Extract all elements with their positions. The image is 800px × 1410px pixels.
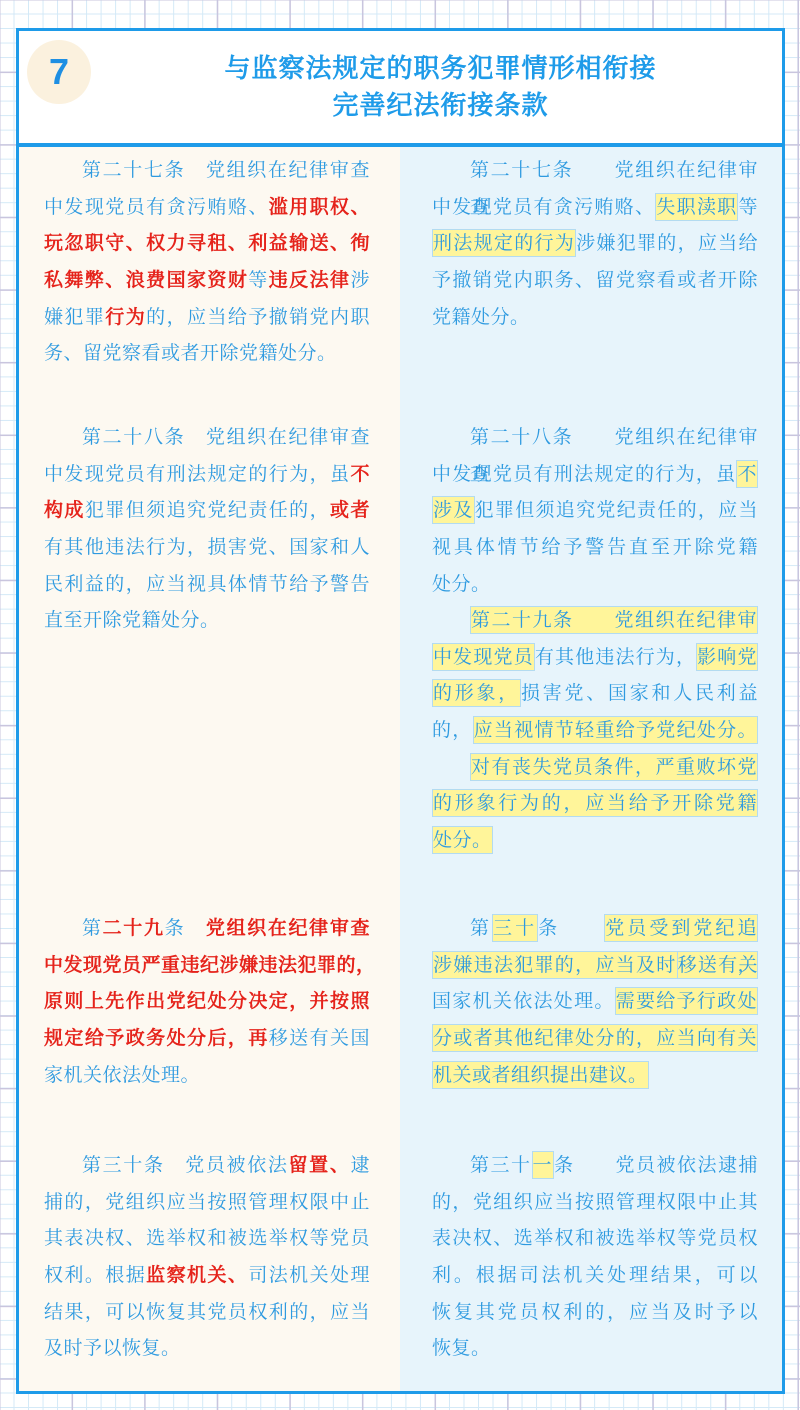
new-article-29: 第二十九条 党组织在纪律审查中发现党员有其他违法行为，影响党的形象，损害党、国家… bbox=[432, 602, 758, 859]
new-article-30: 第三十条 党员受到党纪追究，涉嫌违法犯罪的，应当及时移送有关国家机关依法处理。需… bbox=[432, 910, 758, 1093]
text-line: 国家机关依法处理。需要给予行政处 bbox=[432, 983, 758, 1020]
title-line-1: 与监察法规定的职务犯罪情形相衔接 bbox=[99, 51, 782, 88]
clause-text: 的，党组织应当按照管理权限中止其 bbox=[432, 1191, 758, 1213]
page-title: 与监察法规定的职务犯罪情形相衔接 完善纪法衔接条款 bbox=[99, 51, 782, 125]
clause-text: 其表决权、选举权和被选举权等党员 bbox=[44, 1227, 370, 1249]
text-line: 中发现党员有其他违法行为，影响党 bbox=[432, 639, 758, 676]
highlighted-change: 应当视情节轻重给予党纪处分。 bbox=[473, 716, 758, 744]
clause-text: 有其他违法行为， bbox=[535, 646, 696, 668]
clause-text: 视具体情节给予警告直至开除党籍 bbox=[432, 536, 758, 558]
text-line: 中发现党员严重违纪涉嫌违法犯罪的， bbox=[44, 947, 370, 984]
section-number-badge: 7 bbox=[27, 40, 91, 104]
text-line: 结果，可以恢复其党员权利的，应当 bbox=[44, 1294, 370, 1331]
emphasis-text: 原则上先作出党纪处分决定，并按照 bbox=[44, 990, 370, 1012]
text-line: 第二十七条 党组织在纪律审查 bbox=[432, 152, 758, 189]
clause-text: 第 bbox=[470, 917, 492, 939]
clause-text: 国家机关依法处理。 bbox=[432, 990, 615, 1012]
text-line: 第三十条 党员受到党纪追究， bbox=[432, 910, 758, 947]
new-article-31: 第三十一条 党员被依法逮捕的，党组织应当按照管理权限中止其表决权、选举权和被选举… bbox=[432, 1147, 758, 1367]
text-line: 有其他违法行为，损害党、国家和人 bbox=[44, 529, 370, 566]
text-line: 涉及犯罪但须追究党纪责任的，应当 bbox=[432, 492, 758, 529]
emphasis-text: 或者 bbox=[330, 499, 370, 521]
clause-text: 逮 bbox=[350, 1154, 370, 1176]
clause-text: 条 bbox=[165, 917, 206, 939]
clause-text: 损害党、国家和人民利益 bbox=[521, 682, 758, 704]
text-line: 处分。 bbox=[432, 822, 758, 859]
emphasis-text: 滥用职权、 bbox=[269, 196, 370, 218]
clause-text: 第二十八条 党组织在纪律审查 bbox=[82, 426, 370, 448]
clause-text: 嫌犯罪 bbox=[44, 306, 105, 328]
highlighted-change: 三十 bbox=[492, 914, 538, 942]
text-line: 的，应当视情节轻重给予党纪处分。 bbox=[432, 712, 758, 749]
text-line: 第二十九条 党组织在纪律审查 bbox=[432, 602, 758, 639]
highlighted-change: 影响党 bbox=[696, 643, 758, 671]
emphasis-text: 私舞弊、浪费国家资财 bbox=[44, 269, 248, 291]
old-article-27: 第二十七条 党组织在纪律审查中发现党员有贪污贿赂、滥用职权、玩忽职守、权力寻租、… bbox=[44, 152, 370, 372]
text-line: 其表决权、选举权和被选举权等党员 bbox=[44, 1220, 370, 1257]
new-article-27: 第二十七条 党组织在纪律审查中发现党员有贪污贿赂、失职渎职等刑法规定的行为涉嫌犯… bbox=[432, 152, 758, 335]
highlighted-change: 涉嫌违法犯罪的，应当及时 bbox=[432, 951, 678, 979]
text-line: 中发现党员有刑法规定的行为，虽不 bbox=[432, 456, 758, 493]
highlighted-change: 机关或者组织提出建议。 bbox=[432, 1061, 649, 1089]
text-line: 恢复其党员权利的，应当及时予以 bbox=[432, 1294, 758, 1331]
text-line: 务、留党察看或者开除党籍处分。 bbox=[44, 335, 370, 372]
clause-text: 家机关依法处理。 bbox=[44, 1064, 200, 1086]
text-line: 涉嫌违法犯罪的，应当及时移送有关 bbox=[432, 947, 758, 984]
highlighted-change: 的形象行为的，应当给予开除党籍 bbox=[432, 789, 758, 817]
text-line: 私舞弊、浪费国家资财等违反法律涉 bbox=[44, 262, 370, 299]
clause-text: 中发现党员有贪污贿赂、 bbox=[432, 196, 655, 218]
clause-text: 利。根据司法机关处理结果，可以 bbox=[432, 1264, 758, 1286]
title-line-2: 完善纪法衔接条款 bbox=[99, 88, 782, 125]
page-header: 7 与监察法规定的职务犯罪情形相衔接 完善纪法衔接条款 bbox=[16, 28, 785, 147]
clause-text: 结果，可以恢复其党员权利的，应当 bbox=[44, 1301, 370, 1323]
highlighted-change: 对有丧失党员条件，严重败坏党 bbox=[470, 753, 758, 781]
clause-text: 第 bbox=[82, 917, 103, 939]
emphasis-text: 党组织在纪律审查 bbox=[206, 917, 370, 939]
emphasis-text: 中发现党员严重违纪涉嫌违法犯罪的， bbox=[44, 954, 376, 976]
clause-text: 第三十条 党员被依法 bbox=[82, 1154, 289, 1176]
clause-text: 予撤销党内职务、留党察看或者开除 bbox=[432, 269, 758, 291]
clause-text: 移送有关国 bbox=[269, 1027, 370, 1049]
highlighted-change: 分或者其他纪律处分的，应当向有关 bbox=[432, 1024, 758, 1052]
text-line: 第三十条 党员被依法留置、逮 bbox=[44, 1147, 370, 1184]
clause-text: 中发现党员有贪污贿赂、 bbox=[44, 196, 269, 218]
clause-text: 民利益的，应当视具体情节给予警告 bbox=[44, 573, 370, 595]
clause-text: 涉嫌犯罪的，应当给 bbox=[576, 232, 758, 254]
clause-text: 犯罪但须追究党纪责任的， bbox=[85, 499, 330, 521]
clause-text: 恢复。 bbox=[432, 1337, 491, 1359]
clause-text: 犯罪但须追究党纪责任的，应当 bbox=[475, 499, 758, 521]
text-line: 的形象行为的，应当给予开除党籍 bbox=[432, 785, 758, 822]
clause-text: 恢复其党员权利的，应当及时予以 bbox=[432, 1301, 758, 1323]
clause-text: 处分。 bbox=[432, 573, 491, 595]
clause-text: 有其他违法行为，损害党、国家和人 bbox=[44, 536, 370, 558]
clause-text: 涉 bbox=[350, 269, 370, 291]
text-line: 分或者其他纪律处分的，应当向有关 bbox=[432, 1020, 758, 1057]
text-line: 捕的，党组织应当按照管理权限中止 bbox=[44, 1184, 370, 1221]
emphasis-text: 监察机关、 bbox=[146, 1264, 248, 1286]
clause-text: 党籍处分。 bbox=[432, 306, 530, 328]
text-line: 原则上先作出党纪处分决定，并按照 bbox=[44, 983, 370, 1020]
text-line: 视具体情节给予警告直至开除党籍 bbox=[432, 529, 758, 566]
text-line: 构成犯罪但须追究党纪责任的，或者 bbox=[44, 492, 370, 529]
text-line: 第二十八条 党组织在纪律审查 bbox=[432, 419, 758, 456]
emphasis-text: 构成 bbox=[44, 499, 85, 521]
text-line: 民利益的，应当视具体情节给予警告 bbox=[44, 566, 370, 603]
text-line: 玩忽职守、权力寻租、利益输送、徇 bbox=[44, 225, 370, 262]
new-article-28: 第二十八条 党组织在纪律审查中发现党员有刑法规定的行为，虽不涉及犯罪但须追究党纪… bbox=[432, 419, 758, 602]
clause-text: 中发现党员有刑法规定的行为，虽 bbox=[44, 463, 350, 485]
old-article-29: 第二十九条 党组织在纪律审查中发现党员严重违纪涉嫌违法犯罪的，原则上先作出党纪处… bbox=[44, 910, 370, 1093]
text-line: 处分。 bbox=[432, 566, 758, 603]
highlighted-change: 一 bbox=[532, 1151, 555, 1179]
clause-text: 务、留党察看或者开除党籍处分。 bbox=[44, 342, 337, 364]
clause-text: 条 党员被依法逮捕 bbox=[554, 1154, 758, 1176]
text-line: 予撤销党内职务、留党察看或者开除 bbox=[432, 262, 758, 299]
old-article-30: 第三十条 党员被依法留置、逮捕的，党组织应当按照管理权限中止其表决权、选举权和被… bbox=[44, 1147, 370, 1367]
text-line: 机关或者组织提出建议。 bbox=[432, 1057, 758, 1094]
clause-text: 权利。根据 bbox=[44, 1264, 146, 1286]
text-line: 的，党组织应当按照管理权限中止其 bbox=[432, 1184, 758, 1221]
text-line: 直至开除党籍处分。 bbox=[44, 602, 370, 639]
text-line: 中发现党员有贪污贿赂、失职渎职等 bbox=[432, 189, 758, 226]
text-line: 对有丧失党员条件，严重败坏党 bbox=[432, 749, 758, 786]
clause-text: 表决权、选举权和被选举权等党员权 bbox=[432, 1227, 758, 1249]
emphasis-text: 二十九 bbox=[103, 917, 165, 939]
highlighted-change: 处分。 bbox=[432, 826, 493, 854]
emphasis-text: 违反法律 bbox=[269, 269, 351, 291]
clause-text: 捕的，党组织应当按照管理权限中止 bbox=[44, 1191, 370, 1213]
text-line: 党籍处分。 bbox=[432, 299, 758, 336]
clause-text: 的，应当给予撤销党内职 bbox=[146, 306, 370, 328]
clause-text: 移送有关 bbox=[678, 954, 758, 976]
clause-text: 直至开除党籍处分。 bbox=[44, 609, 220, 631]
text-line: 利。根据司法机关处理结果，可以 bbox=[432, 1257, 758, 1294]
clause-text: 条 bbox=[538, 917, 604, 939]
highlighted-change: 涉及 bbox=[432, 496, 475, 524]
clause-text: 的， bbox=[432, 719, 473, 741]
clause-text: 等 bbox=[738, 196, 758, 218]
emphasis-text: 留置、 bbox=[289, 1154, 351, 1176]
text-line: 中发现党员有贪污贿赂、滥用职权、 bbox=[44, 189, 370, 226]
text-line: 及时予以恢复。 bbox=[44, 1330, 370, 1367]
emphasis-text: 行为 bbox=[105, 306, 146, 328]
text-line: 家机关依法处理。 bbox=[44, 1057, 370, 1094]
text-line: 嫌犯罪行为的，应当给予撤销党内职 bbox=[44, 299, 370, 336]
text-line: 恢复。 bbox=[432, 1330, 758, 1367]
text-line: 表决权、选举权和被选举权等党员权 bbox=[432, 1220, 758, 1257]
highlighted-change: 刑法规定的行为 bbox=[432, 229, 576, 257]
old-article-28: 第二十八条 党组织在纪律审查中发现党员有刑法规定的行为，虽不构成犯罪但须追究党纪… bbox=[44, 419, 370, 639]
highlighted-change: 中发现党员 bbox=[432, 643, 535, 671]
text-line: 权利。根据监察机关、司法机关处理 bbox=[44, 1257, 370, 1294]
text-line: 第二十七条 党组织在纪律审查 bbox=[44, 152, 370, 189]
text-line: 第二十八条 党组织在纪律审查 bbox=[44, 419, 370, 456]
text-line: 刑法规定的行为涉嫌犯罪的，应当给 bbox=[432, 225, 758, 262]
text-line: 第二十九条 党组织在纪律审查 bbox=[44, 910, 370, 947]
text-line: 第三十一条 党员被依法逮捕 bbox=[432, 1147, 758, 1184]
text-line: 的形象，损害党、国家和人民利益 bbox=[432, 675, 758, 712]
emphasis-text: 规定给予政务处分后，再 bbox=[44, 1027, 269, 1049]
emphasis-text: 不 bbox=[350, 463, 370, 485]
clause-text: 第三十 bbox=[470, 1154, 532, 1176]
clause-text: 中发现党员有刑法规定的行为，虽 bbox=[432, 463, 736, 485]
clause-text: 及时予以恢复。 bbox=[44, 1337, 181, 1359]
highlighted-change: 需要给予行政处 bbox=[615, 987, 758, 1015]
highlighted-change: 的形象， bbox=[432, 679, 521, 707]
emphasis-text: 玩忽职守、权力寻租、利益输送、徇 bbox=[44, 232, 370, 254]
highlighted-change: 不 bbox=[736, 460, 758, 488]
clause-text: 第二十七条 党组织在纪律审查 bbox=[82, 159, 370, 181]
text-line: 规定给予政务处分后，再移送有关国 bbox=[44, 1020, 370, 1057]
text-line: 中发现党员有刑法规定的行为，虽不 bbox=[44, 456, 370, 493]
highlighted-change: 失职渎职 bbox=[655, 193, 738, 221]
clause-text: 等 bbox=[248, 269, 268, 291]
clause-text: 司法机关处理 bbox=[248, 1264, 370, 1286]
